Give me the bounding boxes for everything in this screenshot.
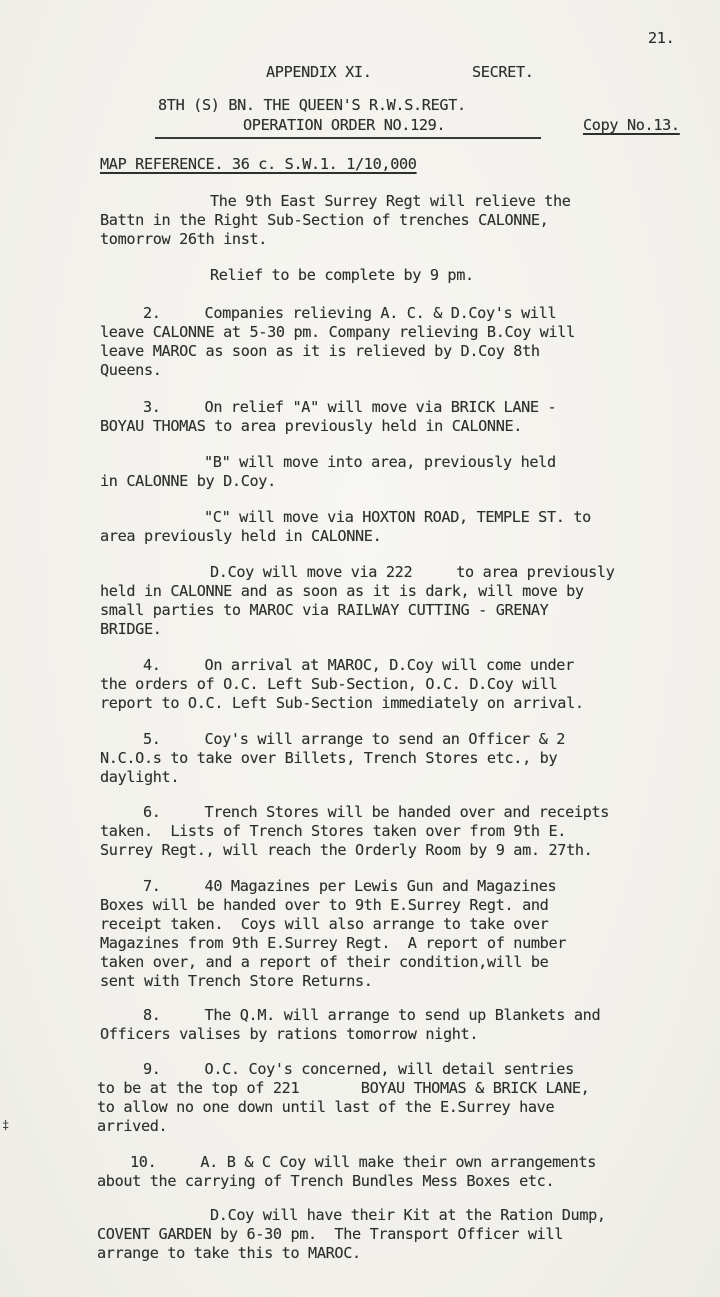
body-line: about the carrying of Trench Bundles Mes…	[97, 1172, 554, 1191]
body-line: "C" will move via HOXTON ROAD, TEMPLE ST…	[204, 508, 591, 527]
order-title-underline	[155, 137, 541, 139]
body-line: taken over, and a report of their condit…	[100, 953, 548, 972]
margin-mark: ‡	[2, 1118, 9, 1132]
body-line: D.Coy will move via 222 to area previous…	[210, 563, 615, 582]
body-line: sent with Trench Store Returns.	[100, 972, 373, 991]
body-line: The 9th East Surrey Regt will relieve th…	[210, 192, 571, 211]
body-line: "B" will move into area, previously held	[204, 453, 556, 472]
body-line: daylight.	[100, 768, 179, 787]
body-line: report to O.C. Left Sub-Section immediat…	[100, 694, 584, 713]
order-title: OPERATION ORDER NO.129.	[243, 116, 445, 135]
body-line: leave MAROC as soon as it is relieved by…	[100, 342, 540, 361]
body-line: Officers valises by rations tomorrow nig…	[100, 1025, 478, 1044]
classification-label: SECRET.	[472, 63, 534, 82]
body-line: D.Coy will have their Kit at the Ration …	[210, 1206, 606, 1225]
copy-number: Copy No.13.	[583, 116, 680, 135]
body-line: taken. Lists of Trench Stores taken over…	[100, 822, 566, 841]
body-line: BRIDGE.	[100, 620, 162, 639]
body-line: Magazines from 9th E.Surrey Regt. A repo…	[100, 934, 566, 953]
body-line: the orders of O.C. Left Sub-Section, O.C…	[100, 675, 557, 694]
body-line: Queens.	[100, 361, 162, 380]
body-line: arrived.	[97, 1117, 167, 1136]
body-line: tomorrow 26th inst.	[100, 230, 267, 249]
body-line: in CALONNE by D.Coy.	[100, 472, 276, 491]
paragraph-5: 5. Coy's will arrange to send an Officer…	[143, 730, 565, 749]
paragraph-6: 6. Trench Stores will be handed over and…	[143, 803, 609, 822]
paragraph-10: 10. A. B & C Coy will make their own arr…	[130, 1153, 596, 1172]
paragraph-9: 9. O.C. Coy's concerned, will detail sen…	[143, 1060, 574, 1079]
appendix-title: APPENDIX XI.	[266, 63, 372, 82]
paragraph-7: 7. 40 Magazines per Lewis Gun and Magazi…	[143, 877, 556, 896]
paragraph-2: 2. Companies relieving A. C. & D.Coy's w…	[143, 304, 556, 323]
body-line: Battn in the Right Sub-Section of trench…	[100, 211, 548, 230]
body-line: leave CALONNE at 5-30 pm. Company reliev…	[100, 323, 575, 342]
body-line: small parties to MAROC via RAILWAY CUTTI…	[100, 601, 548, 620]
body-line: BOYAU THOMAS to area previously held in …	[100, 417, 522, 436]
body-line: Surrey Regt., will reach the Orderly Roo…	[100, 841, 592, 860]
body-line: COVENT GARDEN by 6-30 pm. The Transport …	[97, 1225, 563, 1244]
body-line: area previously held in CALONNE.	[100, 527, 381, 546]
paragraph-4: 4. On arrival at MAROC, D.Coy will come …	[143, 656, 574, 675]
paragraph-8: 8. The Q.M. will arrange to send up Blan…	[143, 1006, 600, 1025]
body-line: N.C.O.s to take over Billets, Trench Sto…	[100, 749, 557, 768]
body-line: arrange to take this to MAROC.	[97, 1244, 361, 1263]
document-page: 21. APPENDIX XI. SECRET. 8TH (S) BN. THE…	[0, 0, 720, 1297]
body-line: Boxes will be handed over to 9th E.Surre…	[100, 896, 548, 915]
unit-title: 8TH (S) BN. THE QUEEN'S R.W.S.REGT.	[158, 96, 466, 115]
paragraph-3: 3. On relief "A" will move via BRICK LAN…	[143, 398, 556, 417]
map-reference: MAP REFERENCE. 36 c. S.W.1. 1/10,000	[100, 155, 417, 174]
body-line: receipt taken. Coys will also arrange to…	[100, 915, 548, 934]
body-line: held in CALONNE and as soon as it is dar…	[100, 582, 584, 601]
body-line: to allow no one down until last of the E…	[97, 1098, 554, 1117]
page-number: 21.	[648, 29, 674, 48]
body-line: to be at the top of 221 BOYAU THOMAS & B…	[97, 1079, 589, 1098]
body-line: Relief to be complete by 9 pm.	[210, 266, 474, 285]
